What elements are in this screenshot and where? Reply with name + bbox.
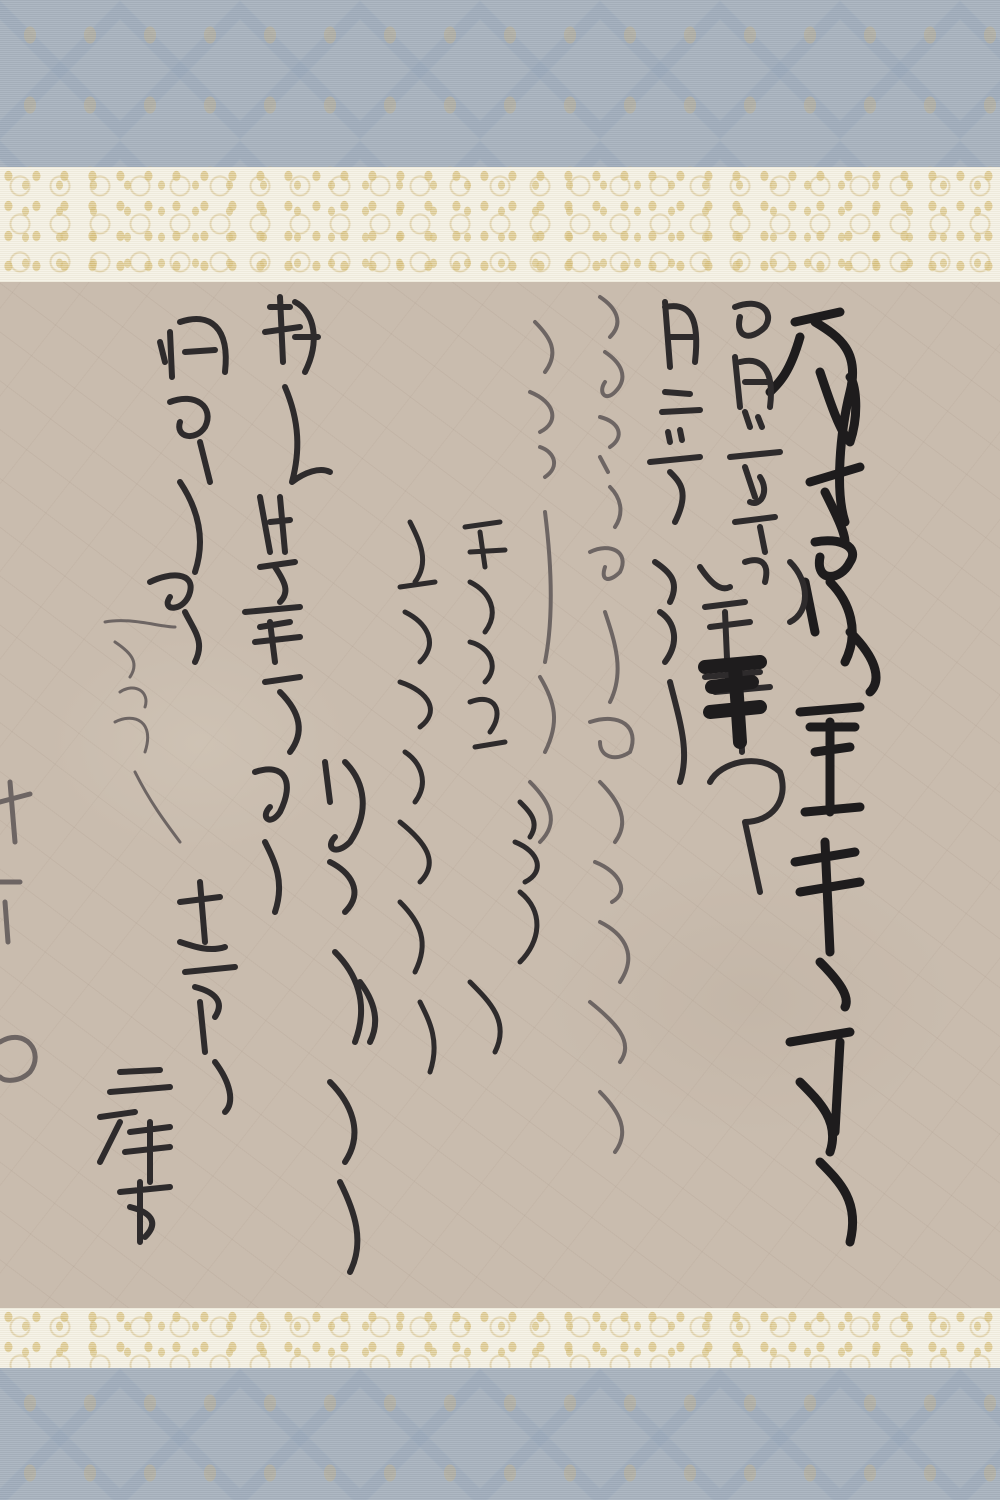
calligraphy-column-5 xyxy=(530,322,554,842)
calligraphy-column-8 xyxy=(325,762,375,1272)
bottom-inner-gold-brocade-band xyxy=(0,1308,1000,1368)
calligraphy-left-edge-fragment xyxy=(0,782,35,1080)
calligraphy-column-4 xyxy=(590,297,633,1152)
calligraphy-recipient-line xyxy=(100,1070,170,1242)
calligraphy-date-line xyxy=(105,621,180,842)
calligraphy-ink-strokes xyxy=(0,282,1000,1308)
calligraphy-column-7 xyxy=(400,522,435,1072)
calligraphy-column-1 xyxy=(770,312,876,1242)
top-outer-brocade-band xyxy=(0,0,1000,167)
bottom-outer-brocade-band xyxy=(0,1368,1000,1500)
letter-paper: cursive Japanese calligraphy (sōsho), re… xyxy=(0,282,1000,1308)
top-inner-gold-brocade-band xyxy=(0,167,1000,282)
calligraphy-column-3 xyxy=(650,302,700,782)
calligraphy-column-6 xyxy=(465,522,537,1052)
calligraphy-column-2 xyxy=(700,304,805,892)
calligraphy-column-9 xyxy=(245,297,330,912)
calligraphy-column-10 xyxy=(150,319,226,662)
calligraphy-sender-signature xyxy=(180,882,235,1112)
